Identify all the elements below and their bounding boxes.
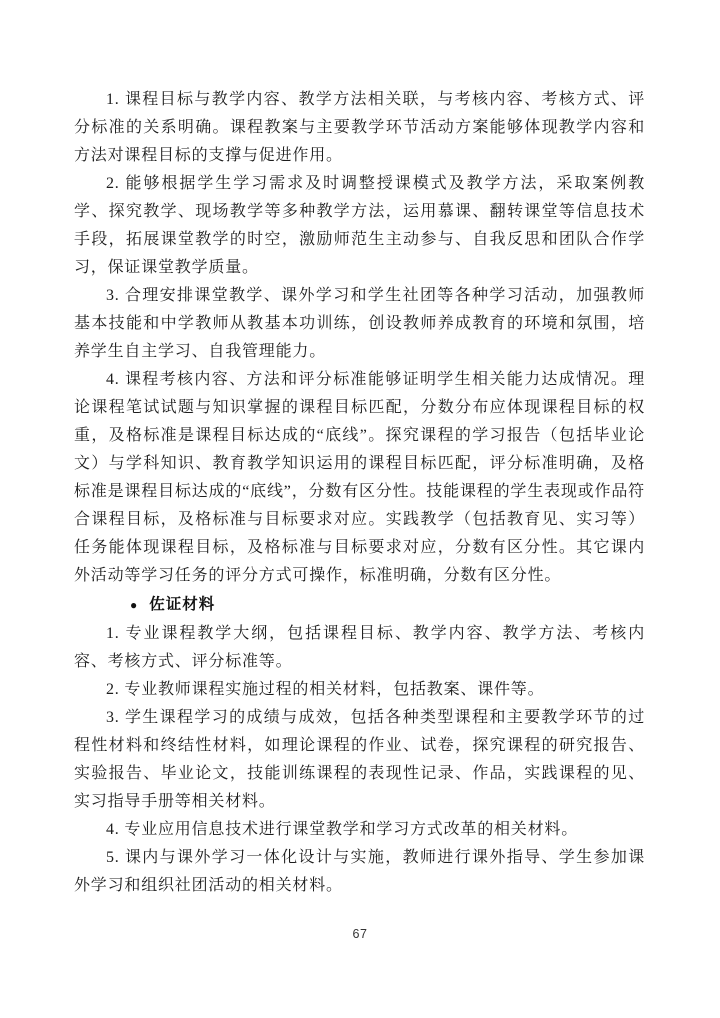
evidence-section-title: 佐证材料 bbox=[149, 591, 215, 619]
body-paragraph-2: 2. 能够根据学生学习需求及时调整授课模式及教学方法，采取案例教学、探究教学、现… bbox=[74, 170, 645, 282]
evidence-item-5: 5. 课内与课外学习一体化设计与实施，教师进行课外指导、学生参加课外学习和组织社… bbox=[74, 844, 645, 900]
evidence-section-heading: ● 佐证材料 bbox=[74, 591, 645, 619]
evidence-item-3: 3. 学生课程学习的成绩与成效，包括各种类型课程和主要教学环节的过程性材料和终结… bbox=[74, 704, 645, 816]
body-paragraph-4: 4. 课程考核内容、方法和评分标准能够证明学生相关能力达成情况。理论课程笔试试题… bbox=[74, 366, 645, 590]
body-paragraph-1: 1. 课程目标与教学内容、教学方法相关联，与考核内容、考核方式、评分标准的关系明… bbox=[74, 86, 645, 170]
page-content: 1. 课程目标与教学内容、教学方法相关联，与考核内容、考核方式、评分标准的关系明… bbox=[74, 86, 645, 900]
evidence-item-4: 4. 专业应用信息技术进行课堂教学和学习方式改革的相关材料。 bbox=[74, 816, 645, 844]
page-number: 67 bbox=[0, 926, 720, 942]
body-paragraph-3: 3. 合理安排课堂教学、课外学习和学生社团等各种学习活动，加强教师基本技能和中学… bbox=[74, 282, 645, 366]
evidence-item-2: 2. 专业教师课程实施过程的相关材料，包括教案、课件等。 bbox=[74, 676, 645, 704]
document-page: 1. 课程目标与教学内容、教学方法相关联，与考核内容、考核方式、评分标准的关系明… bbox=[0, 0, 720, 1018]
evidence-item-1: 1. 专业课程教学大纲，包括课程目标、教学内容、教学方法、考核内容、考核方式、评… bbox=[74, 620, 645, 676]
bullet-icon: ● bbox=[130, 591, 137, 619]
